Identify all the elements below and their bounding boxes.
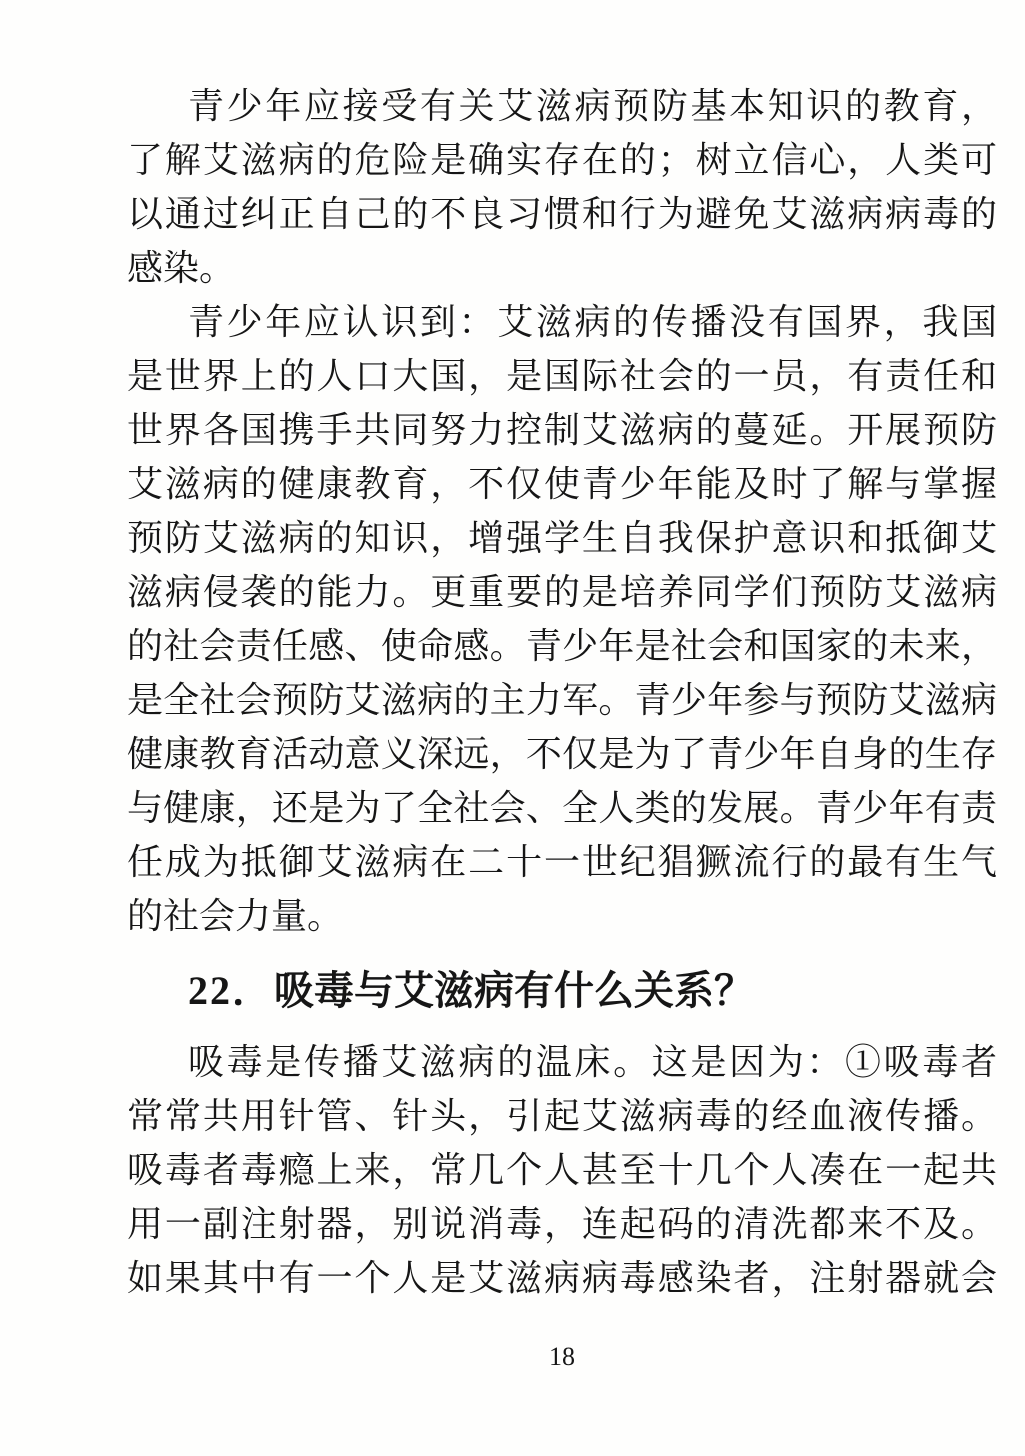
text-line: 了解艾滋病的危险是确实存在的；树立信心，人类可: [127, 133, 997, 187]
paragraph-education: 青少年应接受有关艾滋病预防基本知识的教育， 了解艾滋病的危险是确实存在的；树立信…: [127, 79, 997, 295]
text-line: 的社会力量。: [127, 889, 997, 943]
text-line: 吸毒者毒瘾上来，常几个人甚至十几个人凑在一起共: [127, 1143, 997, 1197]
text-line: 以通过纠正自己的不良习惯和行为避免艾滋病病毒的: [127, 187, 997, 241]
text-line: 用一副注射器，别说消毒，连起码的清洗都来不及。: [127, 1197, 997, 1251]
text-line: 滋病侵袭的能力。更重要的是培养同学们预防艾滋病: [127, 565, 997, 619]
text-line: 青少年应认识到：艾滋病的传播没有国界，我国: [127, 295, 997, 349]
text-line: 世界各国携手共同努力控制艾滋病的蔓延。开展预防: [127, 403, 997, 457]
text-line: 任成为抵御艾滋病在二十一世纪猖獗流行的最有生气: [127, 835, 997, 889]
text-block: 青少年应接受有关艾滋病预防基本知识的教育， 了解艾滋病的危险是确实存在的；树立信…: [127, 79, 997, 1377]
text-line: 吸毒是传播艾滋病的温床。这是因为：①吸毒者: [127, 1035, 997, 1089]
page-number: 18: [127, 1337, 997, 1377]
text-line: 预防艾滋病的知识，增强学生自我保护意识和抵御艾: [127, 511, 997, 565]
paragraph-drugs-aids: 吸毒是传播艾滋病的温床。这是因为：①吸毒者 常常共用针管、针头，引起艾滋病毒的经…: [127, 1035, 997, 1305]
text-line: 健康教育活动意义深远，不仅是为了青少年自身的生存: [127, 727, 997, 781]
question-heading: 22．吸毒与艾滋病有什么关系？: [127, 963, 997, 1019]
book-page: 青少年应接受有关艾滋病预防基本知识的教育， 了解艾滋病的危险是确实存在的；树立信…: [0, 0, 1025, 1456]
text-line: 青少年应接受有关艾滋病预防基本知识的教育，: [127, 79, 997, 133]
text-line: 与健康，还是为了全社会、全人类的发展。青少年有责: [127, 781, 997, 835]
question-number: 22．: [188, 968, 274, 1013]
text-line: 是世界上的人口大国，是国际社会的一员，有责任和: [127, 349, 997, 403]
paragraph-awareness: 青少年应认识到：艾滋病的传播没有国界，我国 是世界上的人口大国，是国际社会的一员…: [127, 295, 997, 943]
text-line: 如果其中有一个人是艾滋病病毒感染者，注射器就会: [127, 1251, 997, 1305]
text-line: 的社会责任感、使命感。青少年是社会和国家的未来，: [127, 619, 997, 673]
question-title: 吸毒与艾滋病有什么关系？: [274, 969, 754, 1013]
text-line: 是全社会预防艾滋病的主力军。青少年参与预防艾滋病: [127, 673, 997, 727]
text-line: 艾滋病的健康教育，不仅使青少年能及时了解与掌握: [127, 457, 997, 511]
text-line: 感染。: [127, 241, 997, 295]
text-line: 常常共用针管、针头，引起艾滋病毒的经血液传播。: [127, 1089, 997, 1143]
